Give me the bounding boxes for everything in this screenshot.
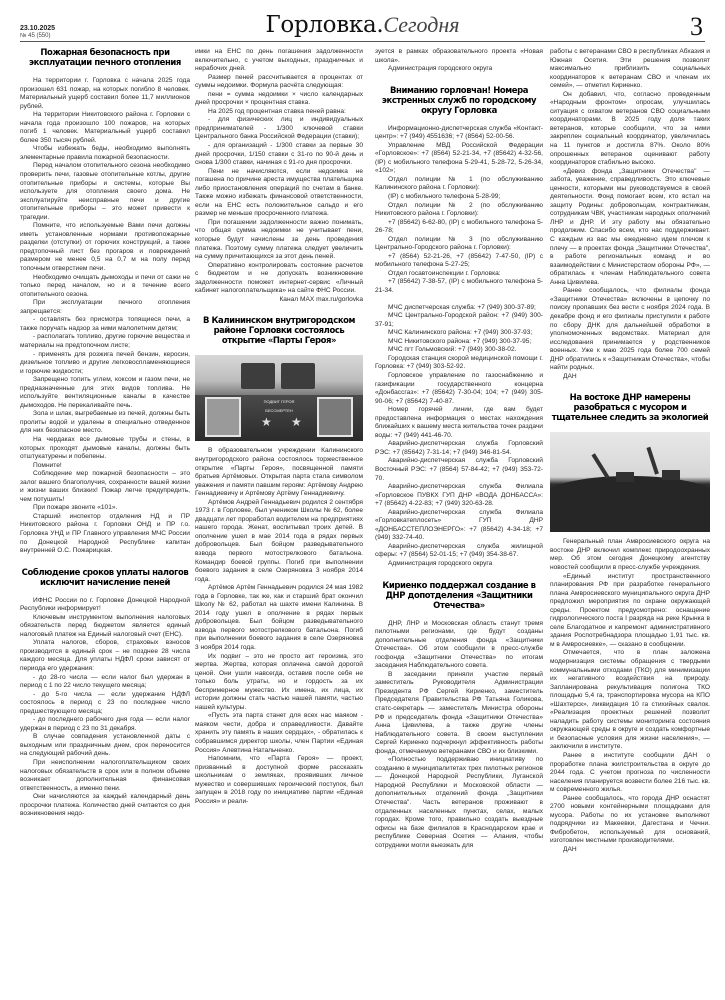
paragraph: МЧС пгт Гольмовский: +7 (949) 300-38-02. [375,346,543,355]
paragraph: Ранее в институте сообщили ДАН о прорабо… [550,752,710,795]
paragraph: При погашении задолженности важно понима… [195,219,363,262]
paragraph: Пени не начисляются, если недоимка не по… [195,168,363,219]
headline-kirienko: Кириенко поддержал создание в ДНР допотд… [376,581,542,611]
paragraph: Горловское управление по газоснабжению и… [375,372,543,406]
paragraph: Информационно-диспетчерская служба «Конт… [375,125,543,142]
issue-date: 23.10.2025 [20,25,55,33]
paragraph: Уплата налогов, сборов, страховых взносо… [20,639,190,673]
paragraph: - для физических лиц и индивидуальных пр… [195,116,363,142]
paragraph: Оперативно контролировать состояние расч… [195,262,363,296]
headline-tax: Соблюдение сроков уплаты налогов исключи… [21,568,188,588]
excavators-landfill-photo [550,432,710,532]
paragraph: Необходимо очищать дымоходы и печи от са… [20,274,190,300]
paragraph: «Девиз фонда „Защитники Отечества" — заб… [550,168,710,288]
paragraph: В образовательном учреждении Калининског… [195,447,363,498]
paragraph: Ранее сообщалось, что филиалы фонда «Защ… [550,287,710,372]
paragraph: Помните, что используемые Вами печи долж… [20,222,190,273]
source-signature: Канал MAX max.ru/gorlovka [195,296,363,305]
paragraph: - для организаций - 1/300 ставки за перв… [195,142,363,168]
parta-geroya-photo: ПОДВИГ ГЕРОЯ БЕССМЕРТЕН ★ ★ [195,355,363,441]
author-signature: ДАН [550,846,710,855]
article-parta-geroya: В Калининском внутригородском районе Гор… [195,316,363,806]
school-desk-shape [281,363,315,389]
article-tax-continued: имки на ЕНС по день погашения задолженно… [195,48,363,304]
paragraph: МЧС диспетчерская служба: +7 (949) 300-3… [375,304,543,313]
article-tax: Соблюдение сроков уплаты налогов исключи… [20,568,190,819]
paragraph: +7 (8564) 52-21-26, +7 (85642) 7-47-50, … [375,253,543,270]
paragraph: - оставлять без присмотра топящиеся печи… [20,316,190,333]
paragraph: Отдел полиции № 2 (по обслуживанию Никит… [375,202,543,219]
paragraph: МЧС Центрально-Городской район: +7 (949)… [375,312,543,329]
paragraph: Перед началом отопительного сезона необх… [20,162,190,222]
paragraph: ИФНС России по г. Горловке Донецкой Наро… [20,597,190,614]
paragraph: - располагать топливо, другие горючие ве… [20,333,190,350]
paragraph: На территории г. Горловка с начала 2025 … [20,77,190,111]
paragraph: Аварийно-диспетчерская служба Филиала «Г… [375,509,543,543]
paragraph: «Пусть эта парта станет для всех нас мая… [195,712,363,755]
paragraph: Аварийно-диспетчерская служба Филиала «Г… [375,483,543,509]
article-kirienko: Кириенко поддержал создание в ДНР допотд… [375,581,543,851]
paragraph: Артёмов Артём Геннадьевич родился 24 мая… [195,584,363,652]
headline-emergency-numbers: Вниманию горловчан! Номера экстренных сл… [376,86,542,116]
excavator-cab-shape [662,470,680,480]
masthead-divider [20,41,705,42]
paragraph: Зола и шлак, выгребаемые из печей, должн… [20,410,190,436]
article-emergency-numbers: Вниманию горловчан! Номера экстренных сл… [375,86,543,569]
column-1: Пожарная безопасность при эксплуатации п… [20,48,190,819]
paragraph: На территории Никитовского района г. Гор… [20,111,190,145]
photo-banner-text: ПОДВИГ ГЕРОЯ БЕССМЕРТЕН [250,398,308,415]
paragraph: Ключевым инструментом выполнения налогов… [20,614,190,640]
paragraph: Помните! [20,462,190,471]
paragraph: На чердаках все дымовые трубы и стены, в… [20,436,190,462]
paragraph: Их подвиг – это не просто акт героизма, … [195,653,363,713]
paragraph: пени = сумма недоимки × число календарны… [195,91,363,108]
article-kirienko-continued: работы с ветеранами СВО в республиках Аб… [550,48,710,381]
paragraph: (IP) с мобильного телефона 5-28-99; [375,193,543,202]
author-signature: ДАН [550,373,710,382]
paragraph: В заседании приняли участие первый замес… [375,671,543,756]
paragraph: Номер горячей линии, где вам будет предо… [375,406,543,440]
author-signature: Администрация городского округа [375,560,543,569]
headline-ecology: На востоке ДНР намерены разобраться с му… [551,393,709,423]
paragraph: Размер пеней рассчитывается в процентах … [195,74,363,91]
paragraph: Управление МВД Российской Федерации «Гор… [375,142,543,176]
star-icon: ★ [261,418,272,427]
column-4: работы с ветеранами СВО в республиках Аб… [550,48,710,855]
school-desk-shape [241,363,275,389]
column-2: имки на ЕНС по день погашения задолженно… [195,48,363,806]
paragraph: Запрещено топить углем, коксом и газом п… [20,376,190,410]
star-icon: ★ [291,418,302,427]
masthead: 23.10.2025 № 45 (550) Горловка.Сегодня 3 [0,0,725,44]
title-main: Горловка. [265,12,383,38]
paragraph: Напомним, что «Парта Героя» — проект, пр… [195,755,363,806]
paragraph: При эксплуатации печного отопления запре… [20,299,190,316]
author-signature: Старший инспектор отделения НД и ПР Ники… [20,513,190,556]
title-script: Сегодня [383,12,459,37]
page-number: 3 [690,12,703,42]
paragraph: Чтобы избежать беды, необходимо выполнят… [20,145,190,162]
paragraph: Они начисляются за каждый календарный де… [20,793,190,819]
column-3: зуется в рамках образовательного проекта… [375,48,543,850]
paragraph: имки на ЕНС по день погашения задолженно… [195,48,363,74]
paragraph: Ранее сообщалось, что города ДНР оснастя… [550,795,710,846]
paragraph: - до 5-го числа — если удержание НДФЛ со… [20,691,190,717]
paragraph: Аварийно-диспетчерская служба Горловский… [375,440,543,457]
paragraph: +7 (85642) 7-38-57, (IP) с мобильного те… [375,278,543,295]
headline-parta-geroya: В Калининском внутригородском районе Гор… [196,316,362,346]
paragraph: В случае совпадения установленной даты с… [20,733,190,759]
excavator-arm-shape [591,454,609,480]
paragraph: ДНР, ЛНР и Московская область станут тре… [375,620,543,671]
paragraph: - до 28-го числа — если налог был удержа… [20,674,190,691]
hero-portrait [317,397,353,437]
paragraph: Городская станция скорой медицинской пом… [375,355,543,372]
author-signature: Администрация городского округа [375,65,543,74]
paragraph: При неисполнении налогоплательщиком свои… [20,759,190,793]
paragraph: При пожаре звоните «101». [20,504,190,513]
article-ecology: На востоке ДНР намерены разобраться с му… [550,393,710,854]
excavator-arm-shape [646,447,658,475]
paragraph: «Полностью поддерживаю инициативу по соз… [375,756,543,850]
paragraph: МЧС Калининского района: +7 (949) 300-37… [375,329,543,338]
paragraph: - применять для розжига печей бензин, ке… [20,351,190,377]
paragraph: Аварийно-диспетчерская служба Горловский… [375,457,543,483]
paragraph: работы с ветеранами СВО в республиках Аб… [550,48,710,91]
paragraph: Артёмов Андрей Геннадьевич родился 2 сен… [195,499,363,584]
paragraph: Он добавил, что, согласно проведенным «Н… [550,91,710,168]
paragraph: Отмечается, что в план заложена модерниз… [550,649,710,752]
paragraph: «Единый институт пространственного плани… [550,573,710,650]
paragraph: Отдел полиции № 1 (по обслуживанию Калин… [375,176,543,193]
paragraph: На 2025 год процентная ставка пеней равн… [195,108,363,117]
paragraph: Генеральный план Амвросиевского округа н… [550,538,710,572]
paragraph: Отдел полиции № 3 (по обслуживанию Центр… [375,236,543,253]
paragraph: +7 (85642) 6-62-80, (IP) с мобильного те… [375,219,543,236]
paragraph: Аварийно-диспетчерская служба жилищной с… [375,543,543,560]
hero-portrait [205,397,241,437]
paragraph: - до последнего рабочего дня года — если… [20,716,190,733]
excavator-cab-shape [616,472,634,482]
paragraph: Соблюдение мер пожарной безопасности – э… [20,470,190,504]
article-fire-safety: Пожарная безопасность при эксплуатации п… [20,48,190,556]
newspaper-title: Горловка.Сегодня [190,12,535,38]
article-parta-continued: зуется в рамках образовательного проекта… [375,48,543,74]
waste-mound-shape [550,476,710,532]
headline-fire-safety: Пожарная безопасность при эксплуатации п… [21,48,188,68]
paragraph: зуется в рамках образовательного проекта… [375,48,543,65]
issue-number: № 45 (550) [20,33,50,40]
